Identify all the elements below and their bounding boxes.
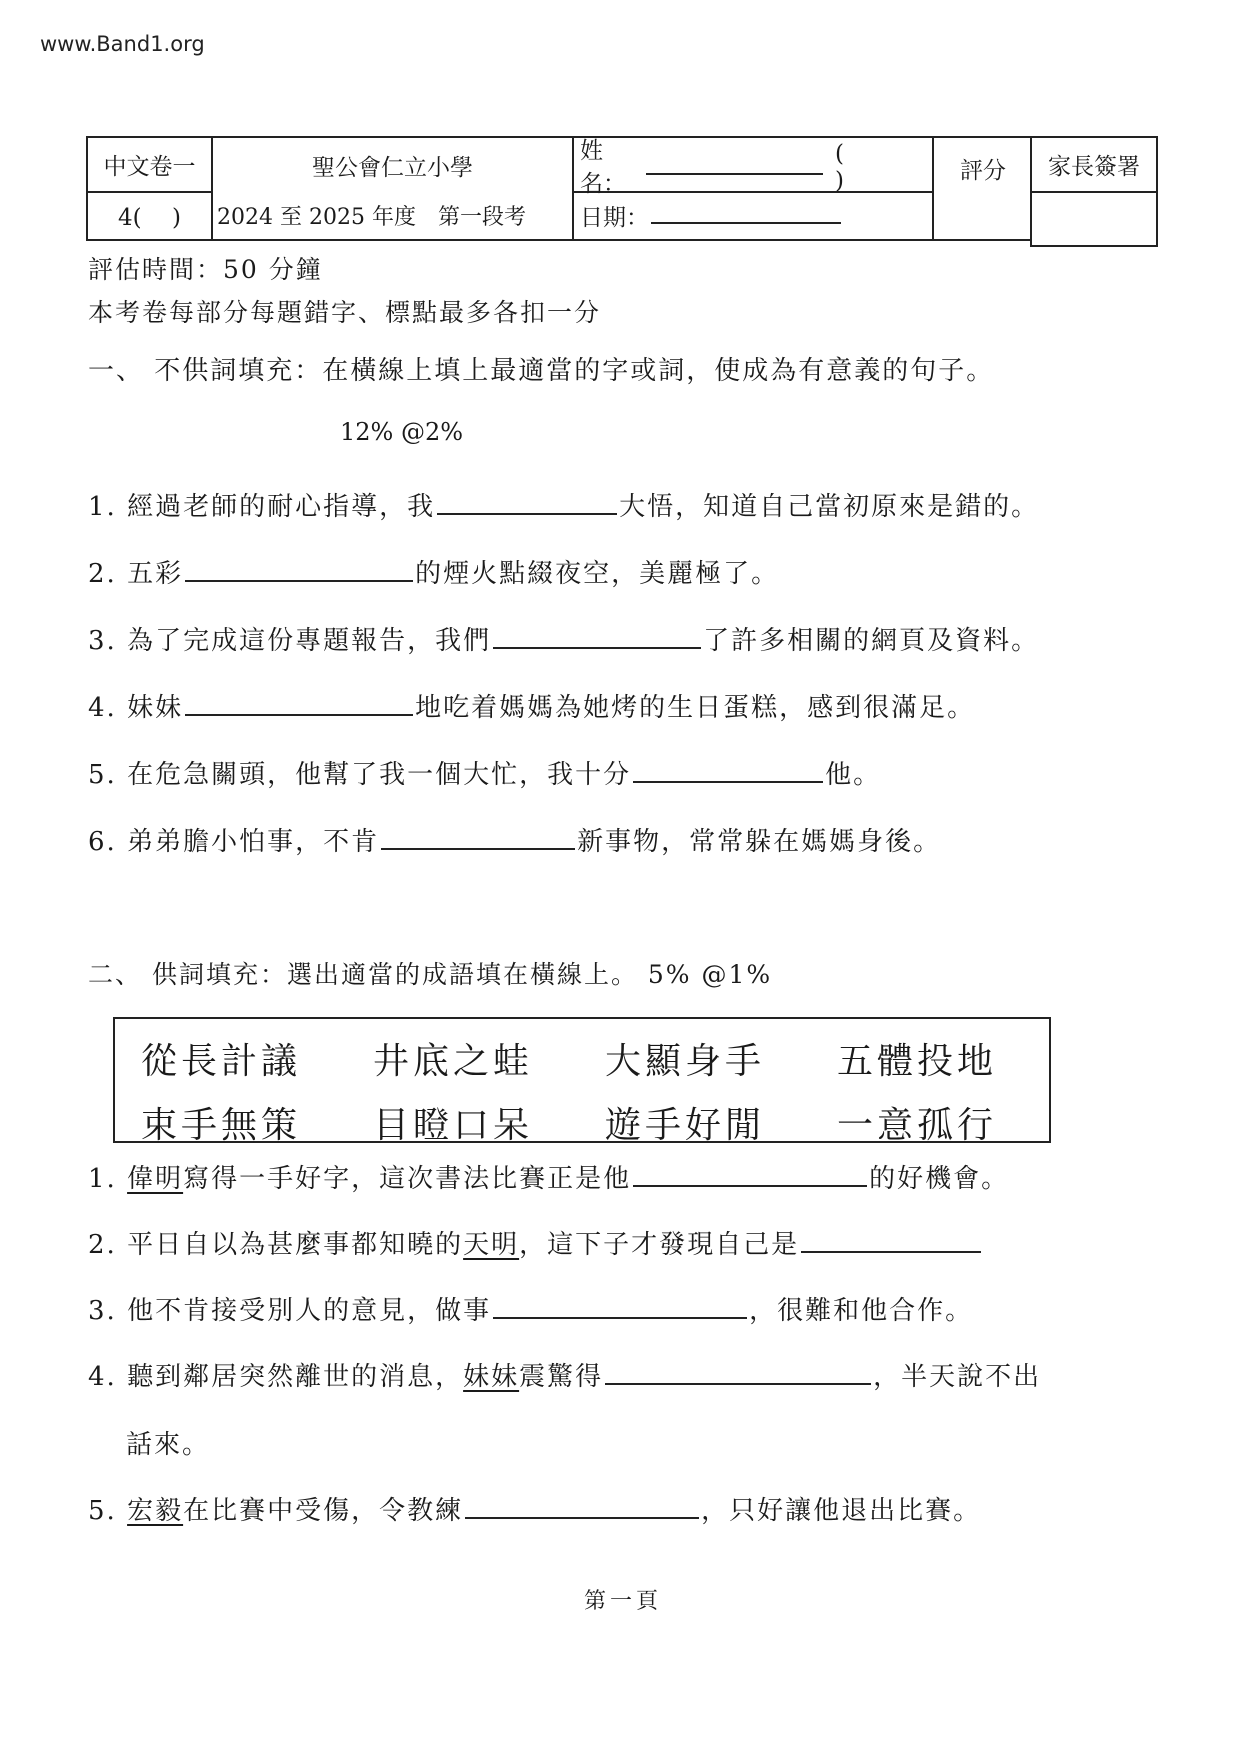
s2-question-4: 4. 聽到鄰居突然離世的消息，妹妹震驚得，半天說不出 bbox=[88, 1356, 1041, 1393]
s2-question-5: 5. 宏毅在比賽中受傷，令教練，只好讓他退出比賽。 bbox=[88, 1490, 981, 1527]
proper-name: 天明 bbox=[463, 1230, 519, 1260]
rule: 本考卷每部分每題錯字、標點最多各扣一分 bbox=[88, 293, 601, 329]
s1-question-2: 2. 五彩的煙火點綴夜空，美麗極了。 bbox=[88, 553, 779, 590]
answer-blank[interactable] bbox=[493, 621, 701, 649]
idiom-option: 從長計議 bbox=[141, 1033, 301, 1084]
score-label: 評分 bbox=[960, 152, 1006, 185]
idiom-option: 目瞪口呆 bbox=[373, 1097, 533, 1148]
idiom-word-bank: 從長計議 井底之蛙 大顯身手 五體投地 束手無策 目瞪口呆 遊手好閒 一意孤行 bbox=[113, 1017, 1051, 1143]
date-label: 日期： bbox=[580, 199, 649, 232]
answer-blank[interactable] bbox=[801, 1225, 981, 1253]
answer-blank[interactable] bbox=[185, 554, 413, 582]
paper-label: 中文卷一 bbox=[86, 136, 213, 193]
class-label: 4( ) bbox=[86, 191, 213, 241]
answer-blank[interactable] bbox=[381, 822, 575, 850]
parent-sign-label: 家長簽署 bbox=[1030, 136, 1158, 193]
answer-blank[interactable] bbox=[633, 1159, 867, 1187]
duration: 評估時間：50 分鐘 bbox=[88, 250, 323, 286]
class-number-field[interactable]: ( ) bbox=[835, 135, 932, 194]
watermark: www.Band1.org bbox=[40, 32, 205, 56]
s2-question-2: 2. 平日自以為甚麼事都知曉的天明，這下子才發現自己是 bbox=[88, 1224, 983, 1261]
score-box: 評分 bbox=[932, 136, 1032, 241]
answer-blank[interactable] bbox=[437, 487, 617, 515]
date-row: 日期： bbox=[572, 191, 934, 241]
name-field[interactable] bbox=[646, 155, 823, 175]
proper-name: 宏毅 bbox=[127, 1496, 183, 1526]
idiom-option: 大顯身手 bbox=[605, 1033, 765, 1084]
section1-marks: 12% @2% bbox=[340, 418, 463, 446]
s1-question-6: 6. 弟弟膽小怕事，不肯新事物，常常躲在媽媽身後。 bbox=[88, 821, 941, 858]
name-row: 姓名： ( ) bbox=[572, 136, 934, 193]
s2-question-4-continued: 話來。 bbox=[126, 1424, 210, 1461]
s1-question-5: 5. 在危急關頭，他幫了我一個大忙，我十分他。 bbox=[88, 754, 881, 791]
s2-question-1: 1. 偉明寫得一手好字，這次書法比賽正是他的好機會。 bbox=[88, 1158, 1009, 1195]
answer-blank[interactable] bbox=[465, 1491, 699, 1519]
s1-question-4: 4. 妹妹地吃着媽媽為她烤的生日蛋糕，感到很滿足。 bbox=[88, 687, 975, 724]
idiom-option: 五體投地 bbox=[837, 1033, 997, 1084]
page-number: 第一頁 bbox=[584, 1584, 662, 1615]
section2-title: 二、 供詞填充：選出適當的成語填在橫線上。 5% @1% bbox=[88, 955, 772, 991]
idiom-option: 井底之蛙 bbox=[373, 1033, 533, 1084]
answer-blank[interactable] bbox=[185, 688, 413, 716]
proper-name: 妹妹 bbox=[463, 1362, 519, 1392]
s1-question-1: 1. 經過老師的耐心指導，我大悟，知道自己當初原來是錯的。 bbox=[88, 486, 1039, 523]
idiom-option: 一意孤行 bbox=[837, 1097, 997, 1148]
s2-question-3: 3. 他不肯接受別人的意見，做事，很難和他合作。 bbox=[88, 1290, 973, 1327]
s1-question-3: 3. 為了完成這份專題報告，我們了許多相關的網頁及資料。 bbox=[88, 620, 1039, 657]
parent-sign-field[interactable] bbox=[1030, 191, 1158, 247]
date-field[interactable] bbox=[651, 206, 841, 224]
section1-title: 一、 不供詞填充：在橫線上填上最適當的字或詞，使成為有意義的句子。 bbox=[88, 350, 994, 387]
idiom-option: 遊手好閒 bbox=[605, 1097, 765, 1148]
idiom-option: 束手無策 bbox=[141, 1097, 301, 1148]
school-name: 聖公會仁立小學 bbox=[211, 136, 574, 193]
answer-blank[interactable] bbox=[605, 1357, 871, 1385]
answer-blank[interactable] bbox=[633, 755, 823, 783]
term-label: 2024 至 2025 年度 第一段考 bbox=[211, 191, 574, 241]
proper-name: 偉明 bbox=[127, 1164, 183, 1194]
name-label: 姓名： bbox=[580, 132, 644, 198]
answer-blank[interactable] bbox=[493, 1291, 747, 1319]
